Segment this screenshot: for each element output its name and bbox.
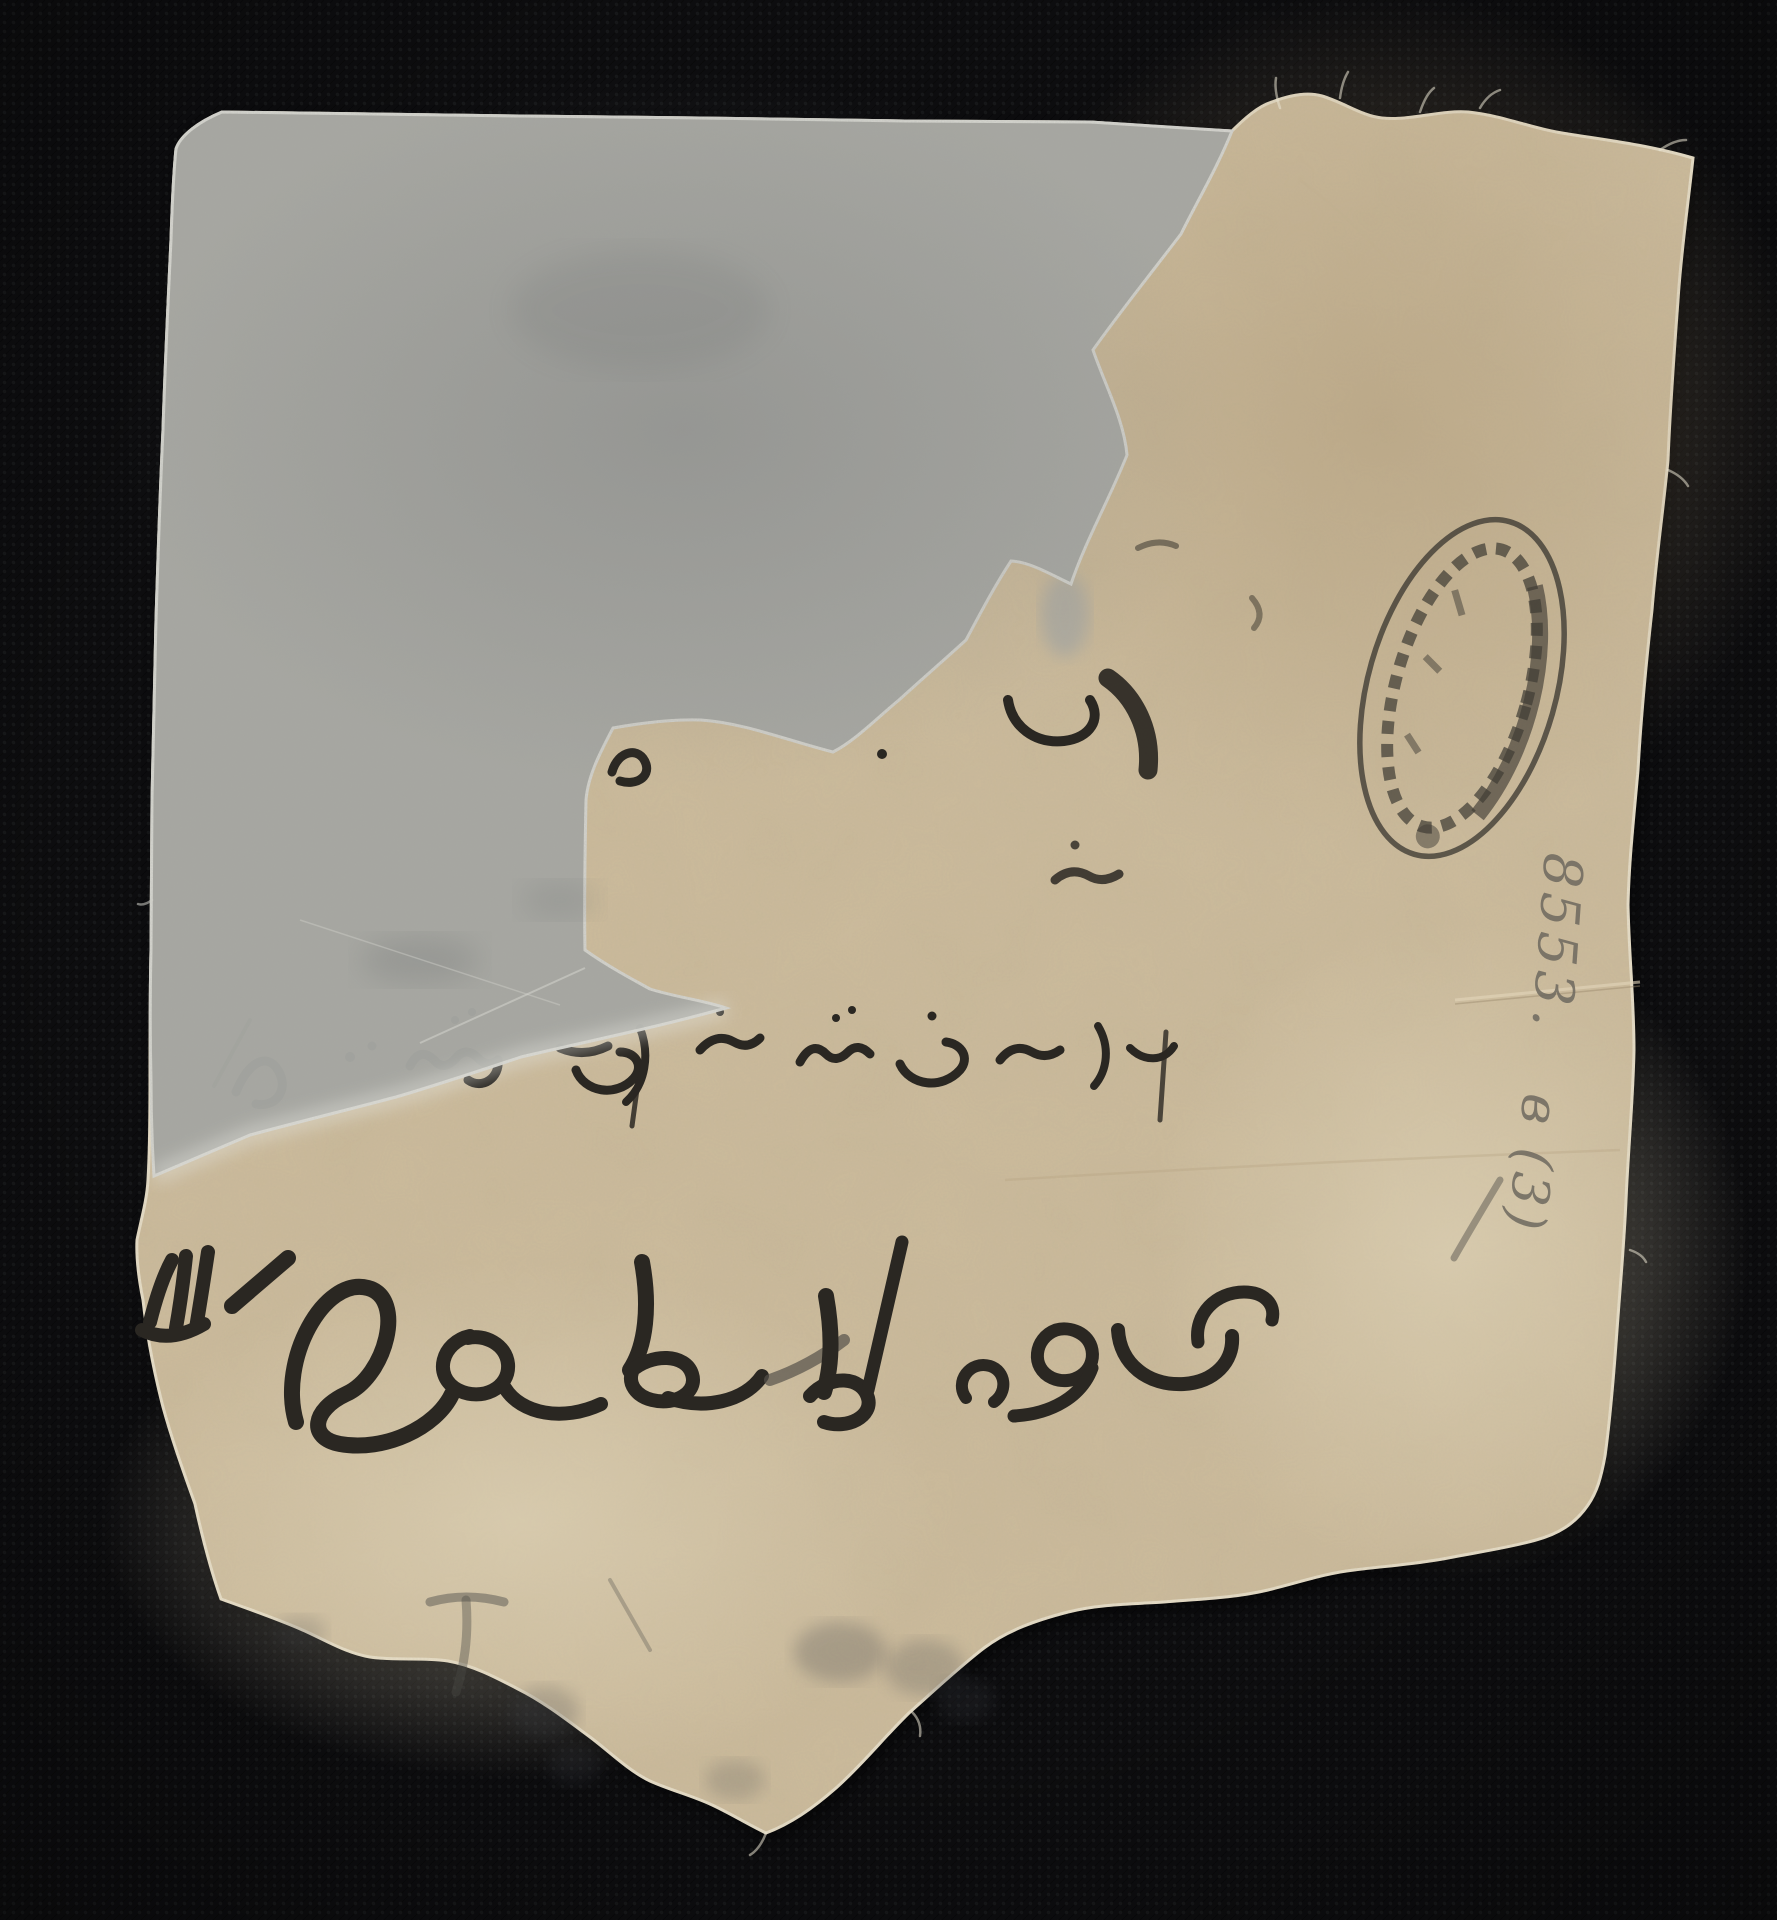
shelfmark-number: 8553. (1520, 851, 1595, 1035)
script-dot (848, 1006, 856, 1014)
paper-shading-light (1150, 920, 1750, 1580)
manuscript-photo: 8553. в (3) (0, 0, 1777, 1920)
script-dot (928, 1012, 937, 1021)
stain (549, 1746, 601, 1786)
script-dot (1071, 841, 1080, 850)
script-dot (832, 1014, 840, 1022)
tissue-showthrough (510, 250, 770, 370)
tissue-shading (120, 70, 1240, 790)
stain (705, 1760, 765, 1800)
stain (274, 1616, 326, 1648)
stain (794, 1622, 886, 1682)
stain (511, 1686, 579, 1738)
fragment-photo: 8553. в (3) (0, 0, 1777, 1920)
stain (935, 1678, 995, 1722)
tissue-showthrough (520, 882, 600, 918)
